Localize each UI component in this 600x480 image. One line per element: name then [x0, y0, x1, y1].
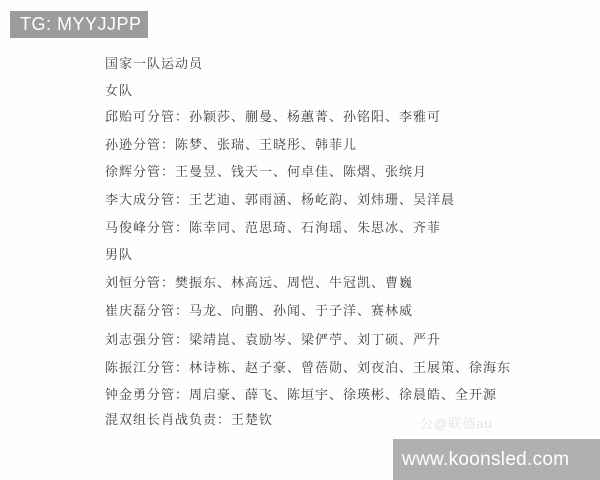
women-group-line: 马俊峰分管：陈幸同、范思琦、石洵瑶、朱思冰、齐菲 — [105, 221, 441, 237]
men-group-line: 刘志强分管：梁靖崑、袁励岑、梁俨苧、刘丁硕、严升 — [105, 333, 441, 349]
women-group-line: 邱贻可分管：孙颖莎、蒯曼、杨蕙菁、孙铭阳、李雅可 — [105, 110, 441, 126]
mixed-doubles-line: 混双组长肖战负责：王楚钦 — [105, 413, 273, 429]
women-group-line: 李大成分管：王艺迪、郭雨涵、杨屹韵、刘炜珊、吴洋晨 — [105, 193, 455, 209]
men-team-heading: 男队 — [105, 248, 133, 264]
women-team-heading: 女队 — [105, 84, 133, 100]
corner-watermark: 公@联德au — [420, 413, 493, 432]
document-title: 国家一队运动员 — [105, 57, 203, 73]
men-group-line: 钟金勇分管：周启豪、薛飞、陈垣宇、徐瑛彬、徐晨皓、全开源 — [105, 388, 497, 404]
site-watermark: www.koonsled.com — [393, 439, 600, 480]
document-page: TG: MYYJJPP 国家一队运动员 女队 邱贻可分管：孙颖莎、蒯曼、杨蕙菁、… — [0, 0, 600, 480]
men-group-line: 刘恒分管：樊振东、林高远、周恺、牛冠凯、曹巍 — [105, 276, 413, 292]
women-group-line: 徐辉分管：王曼昱、钱天一、何卓佳、陈熠、张缤月 — [105, 165, 427, 181]
women-group-line: 孙逊分管：陈梦、张瑞、王晓彤、韩菲儿 — [105, 138, 357, 154]
tg-badge: TG: MYYJJPP — [10, 11, 148, 38]
men-group-line: 崔庆磊分管：马龙、向鹏、孙闻、于子洋、赛林威 — [105, 304, 413, 320]
men-group-line: 陈振江分管：林诗栋、赵子豪、曾蓓勋、刘夜泊、王展策、徐海东 — [105, 361, 511, 377]
